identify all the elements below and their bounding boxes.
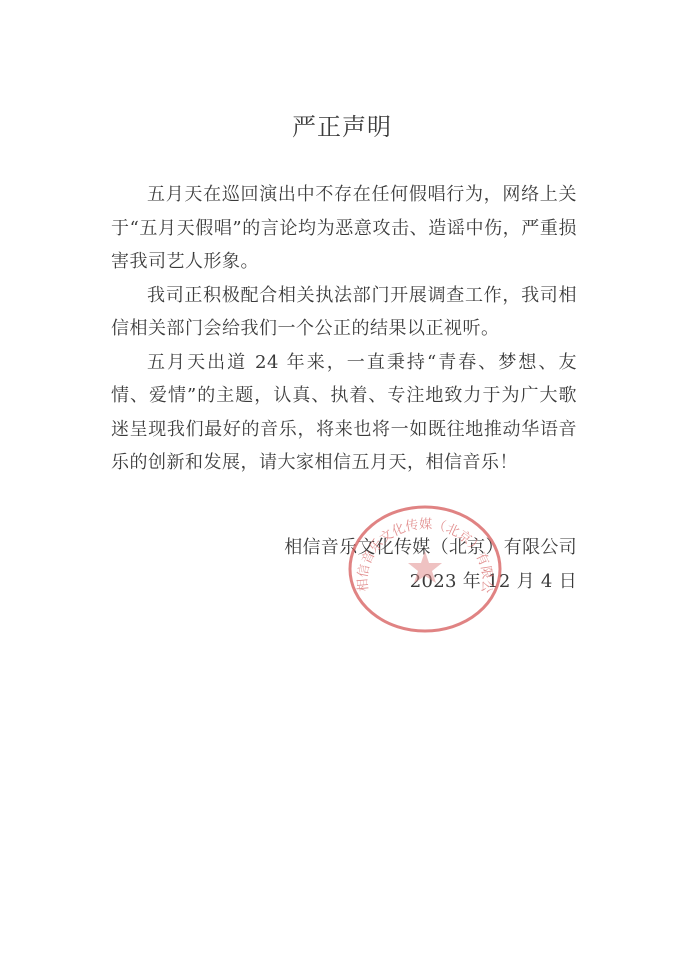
signature-company: 相信音乐文化传媒（北京）有限公司 [0,536,577,560]
paragraph-2: 我司正积极配合相关执法部门开展调查工作，我司相信相关部门会给我们一个公正的结果以… [111,279,577,346]
document-body: 五月天在巡回演出中不存在任何假唱行为，网络上关于“五月天假唱”的言论均为恶意攻击… [111,178,577,480]
paragraph-1: 五月天在巡回演出中不存在任何假唱行为，网络上关于“五月天假唱”的言论均为恶意攻击… [111,178,577,279]
signature-date: 2023 年 12 月 4 日 [0,570,577,594]
paragraph-3: 五月天出道 24 年来，一直秉持“青春、梦想、友情、爱情”的主题，认真、执着、专… [111,346,577,480]
document-title: 严正声明 [0,112,684,142]
document-page: 严正声明 五月天在巡回演出中不存在任何假唱行为，网络上关于“五月天假唱”的言论均… [0,0,690,976]
company-seal-stamp: 相信音乐文化传媒（北京）有限公司 [348,505,502,633]
